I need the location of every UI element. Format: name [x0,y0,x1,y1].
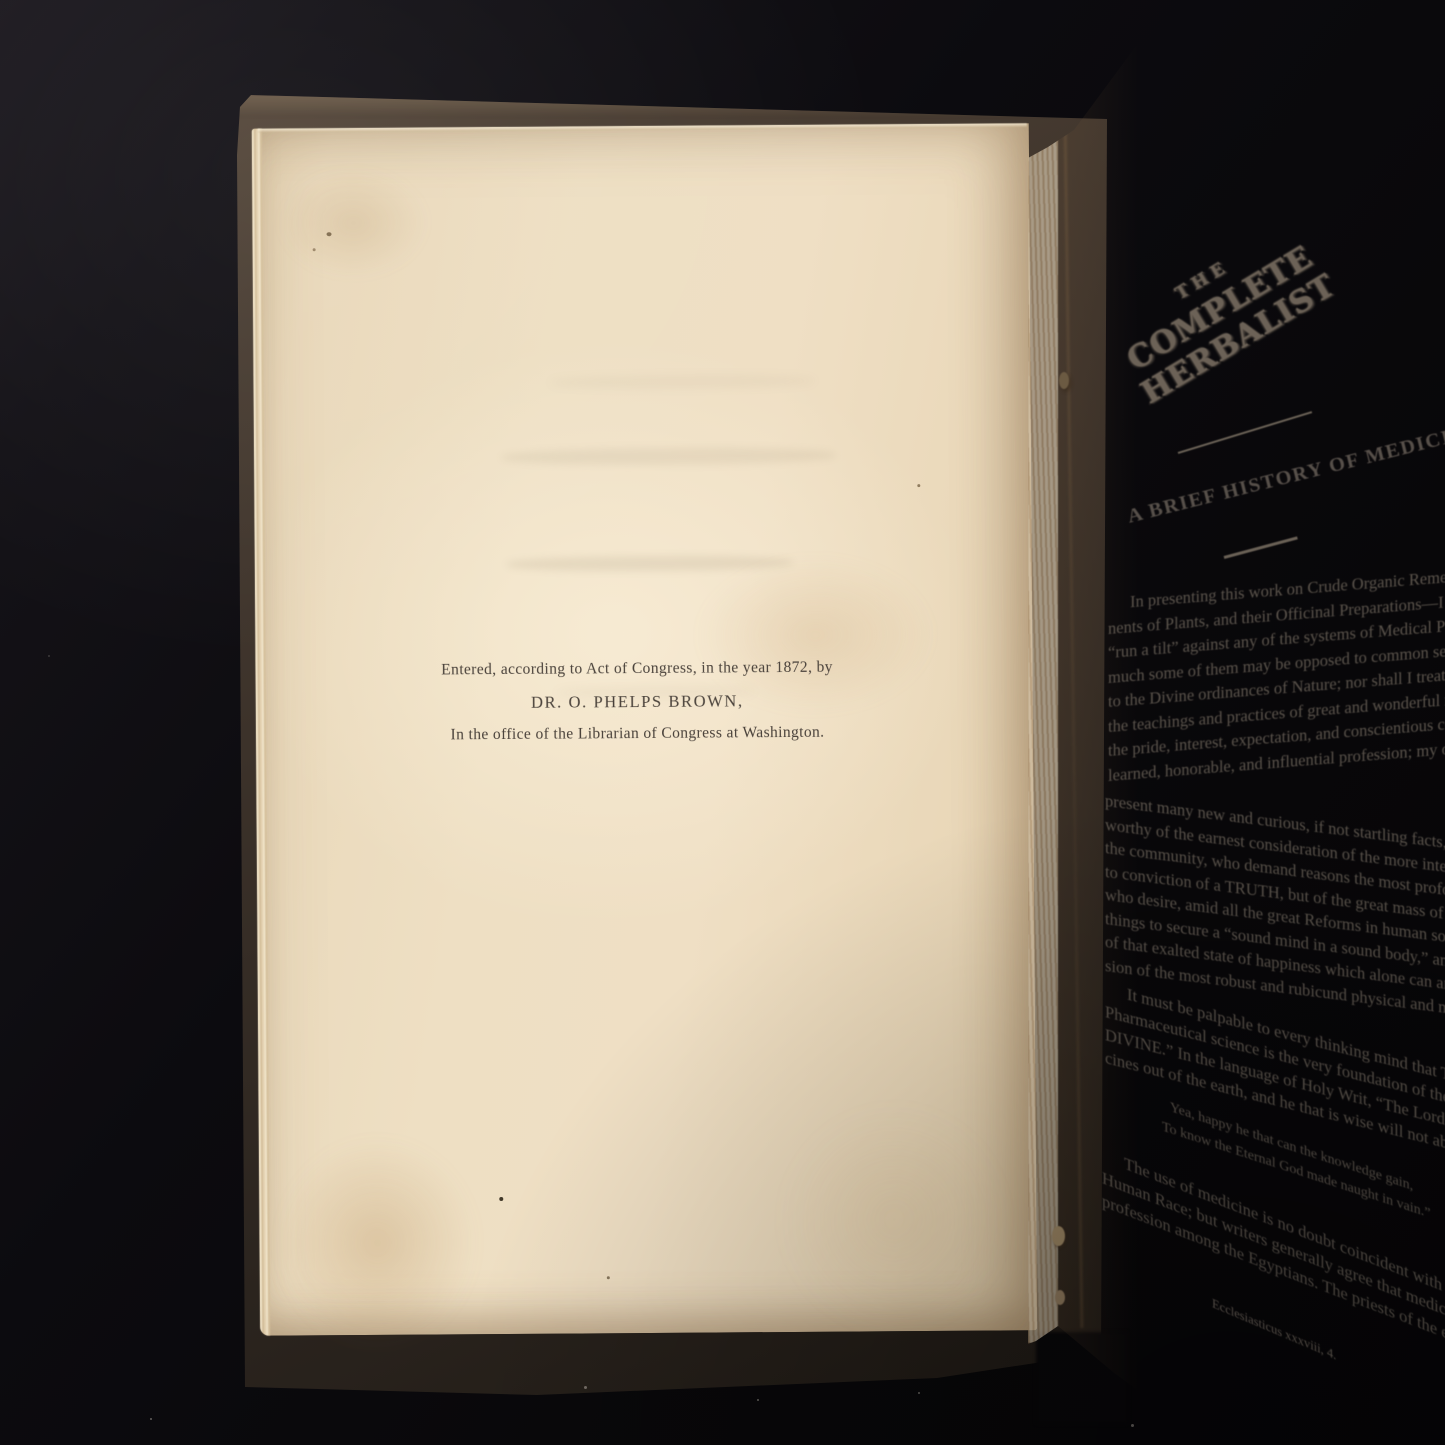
page-stain [277,1137,478,1348]
copyright-line: Entered, according to Act of Congress, i… [256,657,1019,680]
copyright-line: In the office of the Librarian of Congre… [256,722,1019,745]
page-edge-stack [1028,128,1058,1343]
show-through-text [507,555,793,572]
dust-speck [48,655,50,657]
dust-speck [584,1386,587,1389]
divider-rule [1178,411,1312,454]
paragraph-block: In presenting this work on Crude Organic… [1108,556,1445,788]
section-heading: A BRIEF HISTORY OF MEDICINE. [1125,417,1445,529]
divider-rule [1224,536,1298,559]
page-stain [278,167,429,278]
dust-speck [918,1392,920,1394]
copyright-notice: Entered, according to Act of Congress, i… [256,657,1020,745]
right-page: THE COMPLETE HERBALIST A BRIEF HISTORY O… [1028,0,1445,1445]
page-stain [779,1103,1011,1335]
ink-speck [607,1276,610,1279]
ink-speck [917,484,920,487]
copyright-author-line: DR. O. PHELPS BROWN, [256,689,1019,714]
binding-stitch [1052,1226,1065,1246]
ink-speck [327,232,332,236]
ink-speck [499,1197,503,1201]
dust-speck [1131,1424,1134,1427]
dust-speck [757,1399,759,1401]
book-photo: Entered, according to Act of Congress, i… [0,0,1445,1445]
dust-speck [150,1418,152,1420]
show-through-text [501,447,836,466]
show-through-text [550,375,816,389]
left-page: Entered, according to Act of Congress, i… [252,123,1037,1335]
ink-speck [313,248,316,251]
binding-stitch [1055,1290,1065,1305]
footnote: Ecclesiasticus xxxviii, 4. [1212,1296,1336,1364]
